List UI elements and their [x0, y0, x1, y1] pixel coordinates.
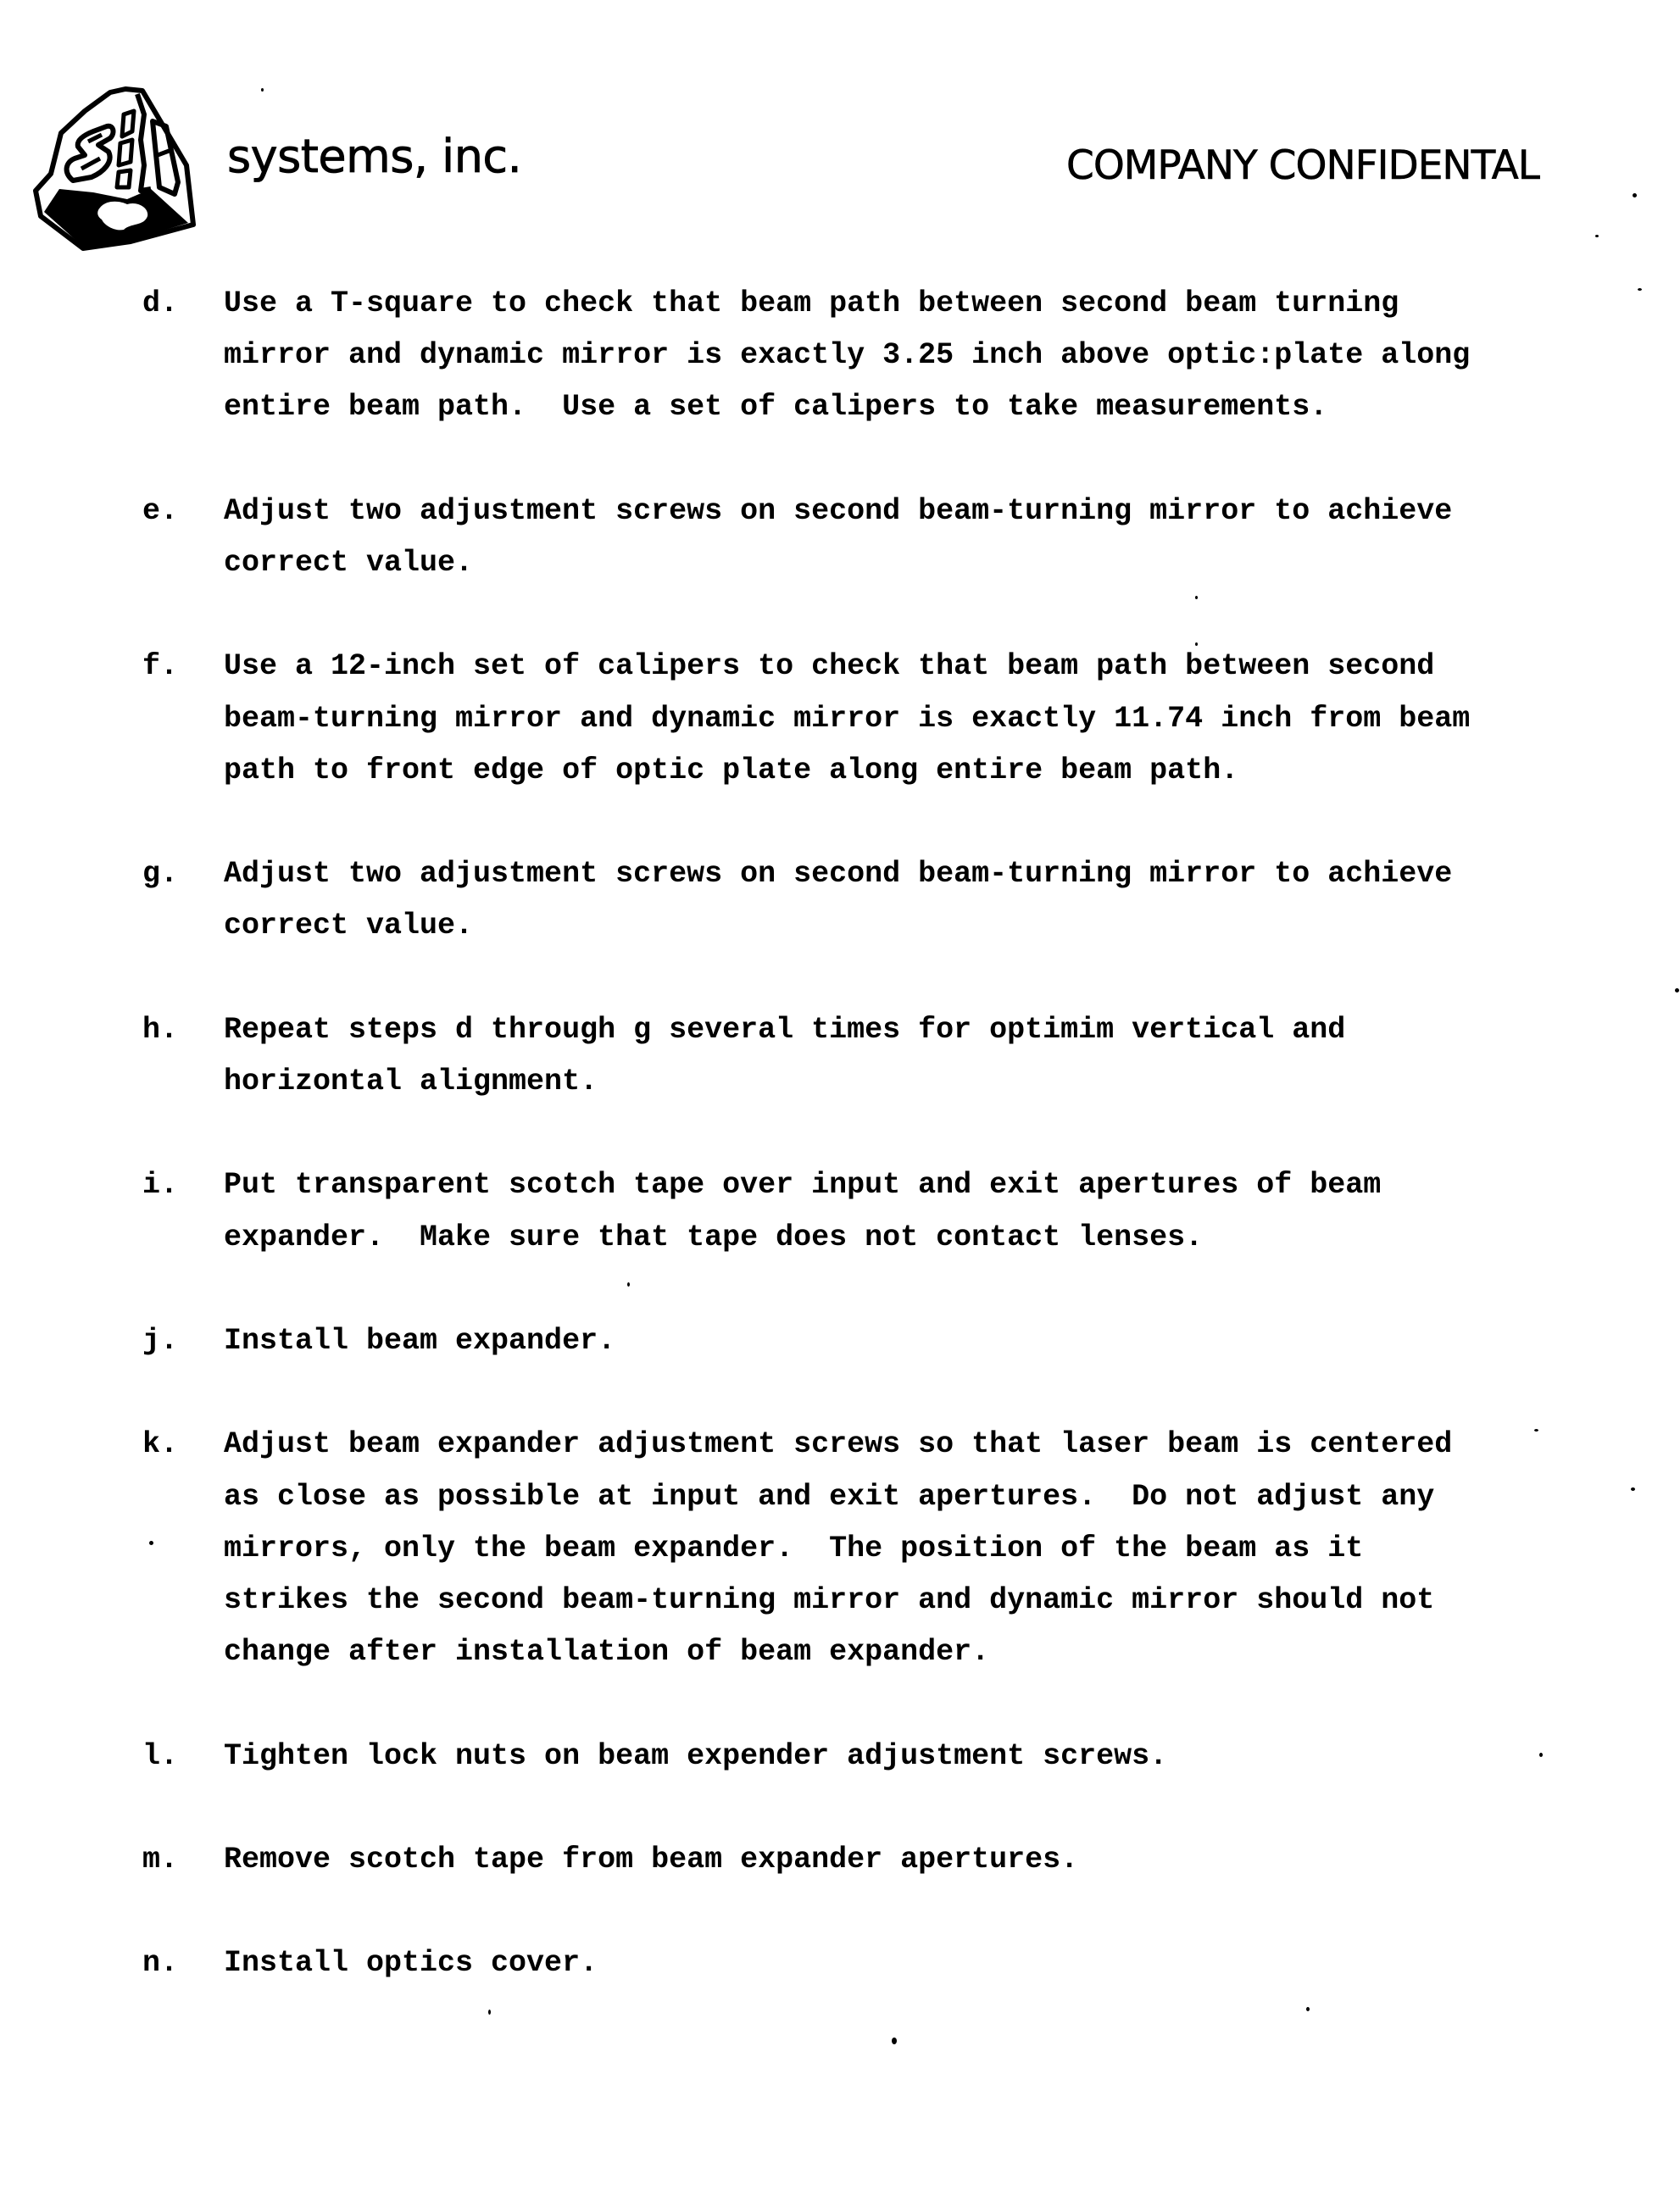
step-text-line: change after installation of beam expand… [224, 1635, 989, 1669]
step-marker: d. [142, 286, 178, 320]
step-text-line: Repeat steps d through g several times f… [224, 1013, 1345, 1047]
scan-speck [1195, 642, 1198, 646]
confidentiality-label: COMPANY CONFIDENTAL [1066, 141, 1539, 192]
step-text-line: Remove scotch tape from beam expander ap… [224, 1843, 1078, 1876]
step-text-line: Tighten lock nuts on beam expender adjus… [224, 1739, 1167, 1773]
scan-speck [1631, 1487, 1635, 1491]
step-marker: j. [142, 1324, 178, 1358]
company-name: systems, inc. [227, 127, 521, 186]
step-text-line: mirror and dynamic mirror is exactly 3.2… [224, 338, 1470, 372]
scan-speck [1534, 1429, 1538, 1432]
step-text-line: horizontal alignment. [224, 1065, 598, 1098]
scan-speck [1633, 193, 1637, 197]
scan-speck [261, 88, 264, 92]
step-text-line: Adjust beam expander adjustment screws s… [224, 1427, 1452, 1461]
step-text-line: beam-turning mirror and dynamic mirror i… [224, 702, 1470, 736]
step-text-line: correct value. [224, 909, 473, 942]
step-text-line: entire beam path. Use a set of calipers … [224, 390, 1327, 424]
scan-speck [627, 1282, 630, 1287]
scan-speck [1595, 235, 1599, 237]
document-page: systems, inc. COMPANY CONFIDENTAL d.Use … [0, 0, 1680, 2185]
step-text-line: Install beam expander. [224, 1324, 615, 1358]
scan-speck [1638, 288, 1642, 291]
step-marker: k. [142, 1427, 178, 1461]
step-text-line: Put transparent scotch tape over input a… [224, 1168, 1381, 1202]
scan-speck [488, 2010, 491, 2015]
step-text-line: mirrors, only the beam expander. The pos… [224, 1532, 1363, 1565]
scan-speck [149, 1541, 153, 1545]
scan-speck [892, 2038, 897, 2044]
step-text-line: Use a T-square to check that beam path b… [224, 286, 1399, 320]
step-marker: h. [142, 1013, 178, 1047]
step-marker: l. [142, 1739, 178, 1773]
step-marker: f. [142, 649, 178, 683]
step-text-line: path to front edge of optic plate along … [224, 753, 1238, 787]
step-marker: e. [142, 494, 178, 528]
scan-speck [1539, 1753, 1543, 1757]
step-text-line: Use a 12-inch set of calipers to check t… [224, 649, 1434, 683]
step-marker: i. [142, 1168, 178, 1202]
step-marker: g. [142, 857, 178, 891]
step-marker: m. [142, 1843, 178, 1876]
step-text-line: correct value. [224, 546, 473, 580]
step-text-line: expander. Make sure that tape does not c… [224, 1220, 1203, 1254]
scan-speck [1675, 988, 1679, 992]
step-marker: n. [142, 1946, 178, 1980]
step-text-line: strikes the second beam-turning mirror a… [224, 1583, 1434, 1617]
3d-cube-logo-icon [25, 81, 220, 259]
scan-speck [1195, 596, 1198, 599]
step-text-line: Adjust two adjustment screws on second b… [224, 857, 1452, 891]
step-text-line: Adjust two adjustment screws on second b… [224, 494, 1452, 528]
scan-speck [1306, 2007, 1310, 2011]
step-text-line: Install optics cover. [224, 1946, 598, 1980]
step-text-line: as close as possible at input and exit a… [224, 1480, 1434, 1514]
